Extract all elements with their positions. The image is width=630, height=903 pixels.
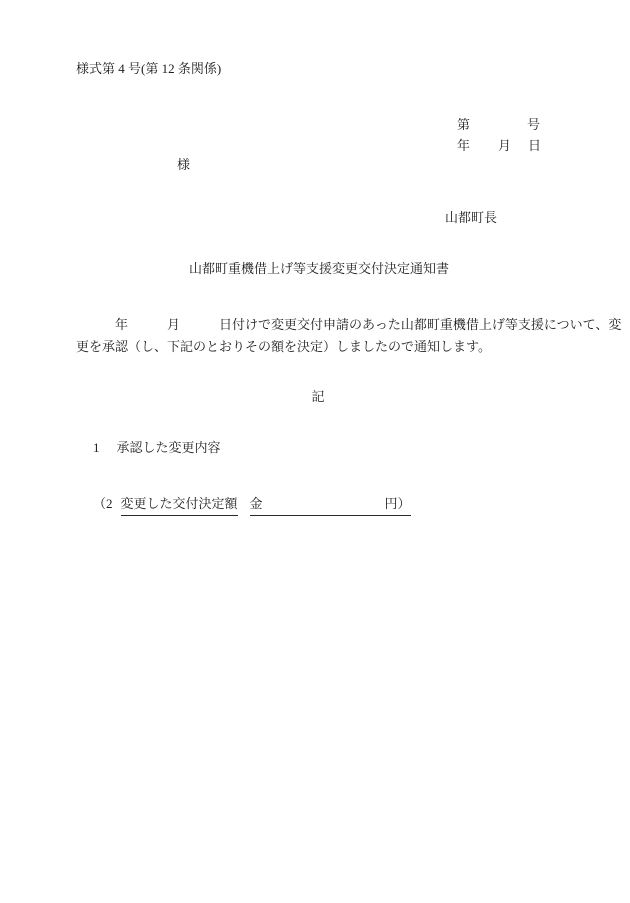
- document-page: 様式第 4 号(第 12 条関係) 第 号 年 月 日 様 山都町長 山都町重機…: [0, 0, 630, 903]
- item-2-currency-label: 金: [250, 496, 263, 511]
- sender-title: 山都町長: [445, 210, 497, 226]
- body-paragraph-line1: 年 月 日付けで変更交付申請のあった山都町重機借上げ等支援について、変: [76, 317, 621, 333]
- date-year-label: 年: [457, 138, 470, 154]
- date-day-label: 日: [528, 138, 541, 154]
- item-2-prefix: （2: [93, 496, 113, 511]
- date-month-label: 月: [498, 138, 511, 154]
- doc-number-prefix: 第: [457, 117, 470, 133]
- body-paragraph-line2: 更を承認（し、下記のとおりその額を決定）しましたので通知します。: [76, 339, 491, 355]
- item-1-text: 承認した変更内容: [117, 440, 221, 455]
- item-2-amount-blank: 金円）: [250, 496, 411, 515]
- doc-number-suffix: 号: [527, 117, 540, 133]
- record-marker: 記: [0, 389, 630, 405]
- document-title: 山都町重機借上げ等支援変更交付決定通知書: [0, 261, 630, 277]
- item-1-number: 1: [93, 440, 100, 455]
- item-1: 1承認した変更内容: [80, 424, 221, 473]
- item-2: （2変更した交付決定額金円）: [80, 480, 411, 532]
- form-number: 様式第 4 号(第 12 条関係): [76, 61, 221, 77]
- item-2-label: 変更した交付決定額: [121, 496, 238, 515]
- recipient-honorific: 様: [177, 157, 190, 173]
- item-2-suffix: 円）: [385, 496, 411, 511]
